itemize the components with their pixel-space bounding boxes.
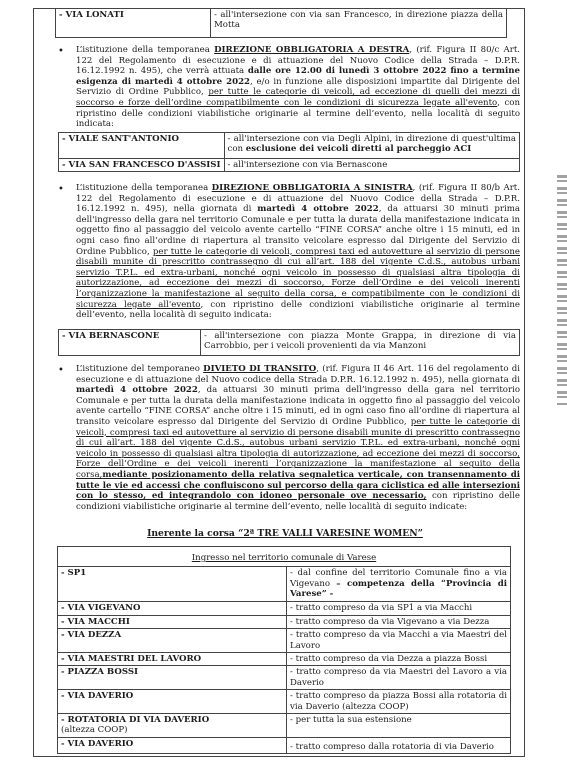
- side-protocol-stamp: [557, 175, 567, 405]
- table-row: - SP1 - dal confine del territorio Comun…: [58, 567, 511, 602]
- table-direzione-destra: - VIALE SANT'ANTONIO - all'intersezione …: [58, 132, 520, 172]
- text-bold: esclusione dei veicoli diretti al parche…: [246, 144, 471, 154]
- heading-direzione-destra: DIREZIONE OBBLIGATORIA A DESTRA: [214, 45, 409, 55]
- table-row: - VIA BERNASCONE - all'intersezione con …: [59, 330, 520, 356]
- heading-divieto-transito: DIVIETO DI TRANSITO: [203, 364, 316, 374]
- table-row: - ROTATORIA DI VIA DAVERIO(altezza COOP)…: [58, 714, 511, 738]
- description-cell: - tratto compreso da via Macchi a via Ma…: [287, 629, 511, 653]
- description-cell: - tratto compreso dalla rotatoria di via…: [287, 737, 511, 753]
- paragraph-direzione-destra: L’istituzione della temporanea DIREZIONE…: [76, 45, 520, 130]
- date: martedì 4 ottobre 2022: [76, 385, 198, 395]
- description-cell: - tratto compreso da via Maestri del Lav…: [287, 666, 511, 690]
- street-cell: - VIA LONATI: [56, 9, 211, 38]
- street-cell: - PIAZZA BOSSI: [58, 666, 287, 690]
- description-cell: - per tutta la sua estensione: [287, 714, 511, 738]
- race-title: Inerente la corsa “2ª TRE VALLI VARESINE…: [60, 528, 510, 539]
- street-cell: - ROTATORIA DI VIA DAVERIO(altezza COOP): [58, 714, 287, 738]
- description-cell: - tratto compreso da via Vigevano a via …: [287, 615, 511, 628]
- text: L’istituzione della temporanea: [76, 183, 212, 193]
- table-row: - VIA SAN FRANCESCO D'ASSISI - all'inter…: [59, 159, 520, 172]
- table-row: - VIA DAVERIO - tratto compreso dalla ro…: [58, 737, 511, 753]
- table-header-row: Ingresso nel territorio comunale di Vare…: [58, 547, 511, 567]
- text: L’istituzione della temporanea: [76, 45, 214, 55]
- table-row: - VIA MAESTRI DEL LAVORO - tratto compre…: [58, 653, 511, 666]
- table-row: - VIA DEZZA - tratto compreso da via Mac…: [58, 629, 511, 653]
- street-cell: - VIA DEZZA: [58, 629, 287, 653]
- description-cell: - tratto compreso da via Dezza a piazza …: [287, 653, 511, 666]
- table-header: Ingresso nel territorio comunale di Vare…: [58, 547, 511, 567]
- table-row: - PIAZZA BOSSI - tratto compreso da via …: [58, 666, 511, 690]
- bullet-icon: •: [58, 46, 64, 57]
- table-row: - VIA VIGEVANO - tratto compreso da via …: [58, 602, 511, 615]
- table-row: - VIA MACCHI - tratto compreso da via Vi…: [58, 615, 511, 628]
- street-cell: - VIA BERNASCONE: [59, 330, 201, 356]
- table-direzione-sinistra: - VIA BERNASCONE - all'intersezione con …: [58, 329, 520, 356]
- text: L’istituzione del temporaneo: [76, 364, 203, 374]
- street-cell: - VIA MAESTRI DEL LAVORO: [58, 653, 287, 666]
- description-cell: - tratto compreso da piazza Bossi alla r…: [287, 690, 511, 714]
- description-cell: - dal confine del territorio Comunale fi…: [287, 567, 511, 602]
- heading-direzione-sinistra: DIREZIONE OBBLIGATORIA A SINISTRA: [212, 183, 413, 193]
- street-cell: - VIA MACCHI: [58, 615, 287, 628]
- table-row: - VIA DAVERIO - tratto compreso da piazz…: [58, 690, 511, 714]
- text-sub: (altezza COOP): [61, 725, 127, 735]
- text: - all'intersezione con via Bernascone: [228, 160, 388, 170]
- date: martedì 4 ottobre 2022: [257, 204, 379, 214]
- street-cell: - VIA VIGEVANO: [58, 602, 287, 615]
- table-row: - VIALE SANT'ANTONIO - all'intersezione …: [59, 133, 520, 159]
- bullet-icon: •: [58, 184, 64, 195]
- description-cell: - all'intersezione con via san Francesco…: [211, 9, 507, 38]
- street-cell: - VIA DAVERIO: [58, 690, 287, 714]
- stamp-marks: [557, 175, 567, 405]
- bullet-icon: •: [58, 365, 64, 376]
- street-cell: - VIA SAN FRANCESCO D'ASSISI: [59, 159, 225, 172]
- street-cell: - VIA DAVERIO: [58, 737, 287, 753]
- text: - ROTATORIA DI VIA DAVERIO: [61, 715, 209, 725]
- street-cell: - SP1: [58, 567, 287, 602]
- paragraph-divieto-transito: L’istituzione del temporaneo DIVIETO DI …: [76, 364, 520, 512]
- table-row: - VIA LONATI - all'intersezione con via …: [56, 9, 507, 38]
- description-cell: - all'intersezione con via Degli Alpini,…: [224, 133, 519, 159]
- description-cell: - all'intersezione con via Bernascone: [224, 159, 519, 172]
- description-cell: - tratto compreso da via SP1 a via Macch…: [287, 602, 511, 615]
- description-cell: - all'intersezione con piazza Monte Grap…: [201, 330, 520, 356]
- paragraph-direzione-sinistra: L’istituzione della temporanea DIREZIONE…: [76, 183, 520, 321]
- street-cell: - VIALE SANT'ANTONIO: [59, 133, 225, 159]
- table-lonati: - VIA LONATI - all'intersezione con via …: [55, 8, 507, 38]
- table-percorso: Ingresso nel territorio comunale di Vare…: [57, 546, 511, 754]
